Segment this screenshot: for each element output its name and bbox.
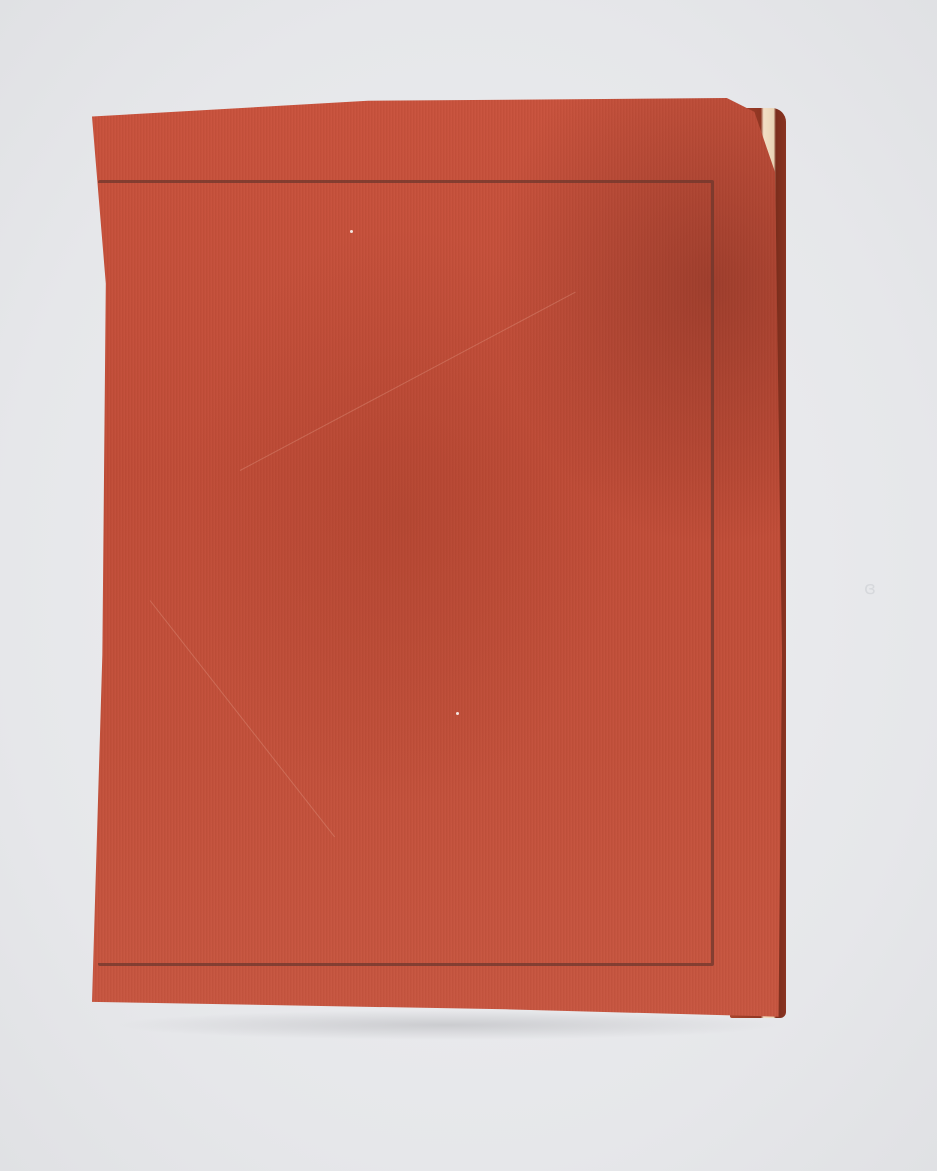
book-shadow bbox=[112, 1010, 782, 1040]
blind-stamped-border bbox=[98, 180, 714, 966]
background-pencil-mark: ɞ bbox=[864, 578, 880, 600]
cover-speck bbox=[456, 712, 459, 715]
cover-speck bbox=[350, 230, 353, 233]
